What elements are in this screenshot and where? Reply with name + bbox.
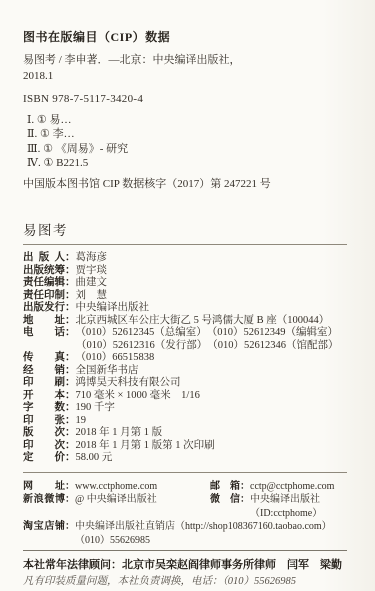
colon: ： (65, 302, 76, 315)
colon: ： (65, 327, 76, 340)
cip-data-block: 图书在版编目（CIP）数据 易图考 / 李申著．—北京：中央编译出版社， 201… (23, 30, 347, 191)
field-label: 出版统筹 (23, 265, 65, 278)
taobao-field: 淘宝店铺：中央编译出版社直销店（http://shop108367160.tao… (23, 520, 347, 547)
taobao-store: 中央编译出版社直销店（http://shop108367160.taobao.c… (75, 520, 347, 547)
colophon-row-phone: 电话：（010）52612345（总编室） （010）52612349（编辑室） (23, 327, 347, 340)
field-label: 邮箱 (210, 480, 240, 494)
cip-header: 图书在版编目（CIP）数据 (23, 30, 347, 44)
field-value: 鸿博昊天科技有限公司 (76, 377, 348, 390)
colon: ： (65, 315, 76, 328)
field-label: 传真 (23, 352, 65, 365)
colon: ： (65, 290, 76, 303)
colon: ： (65, 377, 76, 390)
copyright-page: 图书在版编目（CIP）数据 易图考 / 李申著．—北京：中央编译出版社， 201… (0, 0, 375, 591)
field-value: （010）52612345（总编室） （010）52612349（编辑室） (76, 327, 348, 340)
field-value: 58.00 元 (76, 452, 348, 465)
field-label: 印次 (23, 440, 65, 453)
field-label: 印刷 (23, 377, 65, 390)
website-field: 网址：www.cctphome.com (23, 480, 210, 494)
field-value: 曲建文 (76, 277, 348, 290)
print-quality-line: 凡有印装质量问题，本社负责调换，电话：（010）55626985 (23, 575, 347, 588)
colon: ： (65, 427, 76, 440)
field-value: （010）66515838 (76, 352, 348, 365)
field-label: 新浪微博 (23, 493, 65, 507)
colophon-row-publisher-person: 出版人：葛海彦 (23, 252, 347, 265)
colon: ： (65, 452, 76, 465)
cip-entry-line1: 易图考 / 李申著．—北京：中央编译出版社， (23, 53, 347, 69)
divider (23, 550, 347, 551)
field-label: 字数 (23, 402, 65, 415)
field-value: 葛海彦 (76, 252, 348, 265)
colophon-row-printing: 印次：2018 年 1 月第 1 版第 1 次印刷 (23, 440, 347, 453)
field-label: 出版人 (23, 252, 65, 265)
field-value: 中央编译出版社 (76, 302, 348, 315)
cip-record-number: 中国版本图书馆 CIP 数据核字（2017）第 247221 号 (23, 177, 347, 191)
field-label: 责任编辑 (23, 277, 65, 290)
classification-item: Ⅲ. ① 《周易》- 研究 (27, 142, 347, 156)
field-label: 经销 (23, 365, 65, 378)
divider (23, 472, 347, 473)
email-address: cctp@cctphome.com (250, 480, 334, 494)
colon: ： (65, 440, 76, 453)
colophon-row-publisher: 出版发行：中央编译出版社 (23, 302, 347, 315)
cip-entry-line2: 2018.1 (23, 69, 347, 85)
field-label: 淘宝店铺 (23, 520, 65, 534)
field-label: 定价 (23, 452, 65, 465)
colon: ： (65, 277, 76, 290)
field-value: （010）52612316（发行部） （010）52612346（馆配部） (76, 340, 347, 353)
colon: ： (65, 265, 76, 278)
website-url: www.cctphome.com (75, 480, 157, 494)
colophon-row-phone-continued: （010）52612316（发行部） （010）52612346（馆配部） (23, 340, 347, 353)
colophon-row-address: 地址：北京西城区车公庄大街乙 5 号鸿儒大厦 B 座（100044） (23, 315, 347, 328)
divider (23, 244, 347, 245)
colon: ： (65, 352, 76, 365)
email-field: 邮箱：cctp@cctphome.com (210, 480, 347, 494)
field-value: 2018 年 1 月第 1 版第 1 次印刷 (76, 440, 348, 453)
field-value: 贾宇琰 (76, 265, 348, 278)
colon: ： (65, 493, 75, 507)
field-label: 微信 (210, 493, 240, 507)
colon: ： (65, 520, 75, 534)
colophon-row-editor: 责任编辑：曲建文 (23, 277, 347, 290)
weibo-handle: @ 中央编译出版社 (75, 493, 157, 507)
classification-item: Ⅳ. ① B221.5 (27, 156, 347, 170)
field-value: 190 千字 (76, 402, 348, 415)
field-label: 网址 (23, 480, 65, 494)
field-label: 出版发行 (23, 302, 65, 315)
field-value: 2018 年 1 月第 1 版 (76, 427, 348, 440)
contact-row: 网址：www.cctphome.com 邮箱：cctp@cctphome.com (23, 480, 347, 494)
colon: ： (65, 402, 76, 415)
colophon-row-sheets: 印张：19 (23, 415, 347, 428)
field-value: 710 毫米 × 1000 毫米 1/16 (76, 390, 348, 403)
field-value: 刘 慧 (76, 290, 348, 303)
isbn: ISBN 978-7-5117-3420-4 (23, 92, 347, 107)
publication-info: 出版人：葛海彦 出版统筹：贾宇琰 责任编辑：曲建文 责任印制：刘 慧 出版发行：… (23, 252, 347, 465)
field-label: 版次 (23, 427, 65, 440)
field-label: 印张 (23, 415, 65, 428)
colophon-row-word-count: 字数：190 千字 (23, 402, 347, 415)
colon: ： (65, 252, 76, 265)
colophon-row-print-supervisor: 责任印制：刘 慧 (23, 290, 347, 303)
colophon-row-printer: 印刷：鸿博昊天科技有限公司 (23, 377, 347, 390)
colon: ： (65, 365, 76, 378)
contact-row: 淘宝店铺：中央编译出版社直销店（http://shop108367160.tao… (23, 520, 347, 547)
field-label: 电话 (23, 327, 65, 340)
field-value: 全国新华书店 (76, 365, 348, 378)
colophon-row-fax: 传真：（010）66515838 (23, 352, 347, 365)
colon: ： (240, 480, 250, 494)
legal-notice: 本社常年法律顾问：北京市吴栾赵阎律师事务所律师 闫军 梁勤 凡有印装质量问题，本… (23, 559, 347, 588)
weibo-field: 新浪微博：@ 中央编译出版社 (23, 493, 210, 520)
field-value: 19 (76, 415, 348, 428)
cip-classification: Ⅰ. ① 易… Ⅱ. ① 李… Ⅲ. ① 《周易》- 研究 Ⅳ. ① B221.… (23, 113, 347, 170)
classification-item: Ⅰ. ① 易… (27, 113, 347, 127)
field-label: 责任印制 (23, 290, 65, 303)
wechat-id: 中央编译出版社（ID:cctphome） (250, 493, 347, 520)
colophon-row-distributor: 经销：全国新华书店 (23, 365, 347, 378)
legal-counsel-line: 本社常年法律顾问：北京市吴栾赵阎律师事务所律师 闫军 梁勤 (23, 559, 347, 572)
field-value: 北京西城区车公庄大街乙 5 号鸿儒大厦 B 座（100044） (76, 315, 348, 328)
cip-entry: 易图考 / 李申著．—北京：中央编译出版社， 2018.1 (23, 53, 347, 84)
colophon-row-coordinator: 出版统筹：贾宇琰 (23, 265, 347, 278)
colophon-row-price: 定价：58.00 元 (23, 452, 347, 465)
field-label: 开本 (23, 390, 65, 403)
colon: ： (65, 480, 75, 494)
colophon-row-format: 开本：710 毫米 × 1000 毫米 1/16 (23, 390, 347, 403)
colon: ： (65, 415, 76, 428)
contact-row: 新浪微博：@ 中央编译出版社 微信：中央编译出版社（ID:cctphome） (23, 493, 347, 520)
colon: ： (65, 390, 76, 403)
field-label: 地址 (23, 315, 65, 328)
classification-item: Ⅱ. ① 李… (27, 127, 347, 141)
wechat-field: 微信：中央编译出版社（ID:cctphome） (210, 493, 347, 520)
colon: ： (240, 493, 250, 507)
colophon-row-edition: 版次：2018 年 1 月第 1 版 (23, 427, 347, 440)
book-title: 易图考 (23, 223, 347, 239)
contact-info: 网址：www.cctphome.com 邮箱：cctp@cctphome.com… (23, 480, 347, 548)
